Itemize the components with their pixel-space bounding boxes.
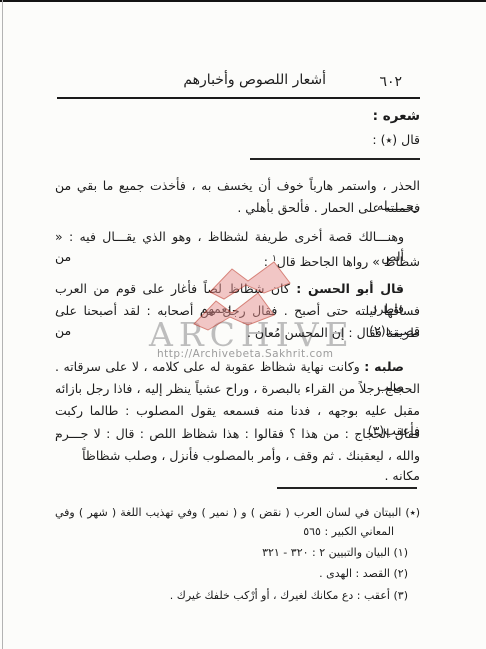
body-line: فقال الحجاج : من هذا ؟ فقالوا : هذا شظاظ… xyxy=(55,424,420,444)
speaker-name: قال أبو الحسن : xyxy=(296,281,404,296)
body-line: الحجاج رجلاً من القراء بالبصرة ، وراح عش… xyxy=(55,379,420,399)
running-head-title: أشعار اللصوص وأخبارهم xyxy=(183,72,326,88)
footnote-rule xyxy=(277,487,417,489)
footnote-line: (٣) أعقب : دع مكانك لغيرك ، أو أرْكب خلف… xyxy=(55,587,420,604)
body-text: : xyxy=(264,254,272,269)
header-rule xyxy=(57,97,420,99)
footnote-line: (١) البيان والتبيين ٢ : ٣٢٠ - ٣٢١ xyxy=(55,544,420,561)
scan-edge-left xyxy=(2,0,3,649)
footnote-line: (٢) القصد : الهدى . xyxy=(55,565,420,582)
body-text: شظاظ » رواها الجاحظ قال xyxy=(277,254,420,269)
page-number: ٦٠٢ xyxy=(379,74,402,90)
body-line: فحملته على الحمار . فألحق بأهلي . xyxy=(55,198,420,218)
body-line: شظاظ » رواها الجاحظ قال١ : xyxy=(55,249,420,272)
footnote-line: (٭) البيتان في لسان العرب ( نقض ) و ( نم… xyxy=(55,504,420,521)
body-line: طريقنا فقال : إن المحسن مُعان . xyxy=(55,323,420,343)
body-line: والله ، ليعقبنك . ثم وقف ، وأمر بالمصلوب… xyxy=(55,446,420,486)
poem-placeholder-rule xyxy=(250,158,420,160)
footnote-line: المعاني الكبير : ٥٦٥ xyxy=(55,523,420,540)
attribution-line: قال (٭) : xyxy=(55,130,420,150)
section-heading: شعره : xyxy=(55,106,420,126)
scan-edge-top xyxy=(0,0,486,2)
subsection-word: صلبه : xyxy=(364,359,404,374)
scanned-book-page: أشعار اللصوص وأخبارهم ٦٠٢ شعره : قال (٭)… xyxy=(0,0,486,649)
